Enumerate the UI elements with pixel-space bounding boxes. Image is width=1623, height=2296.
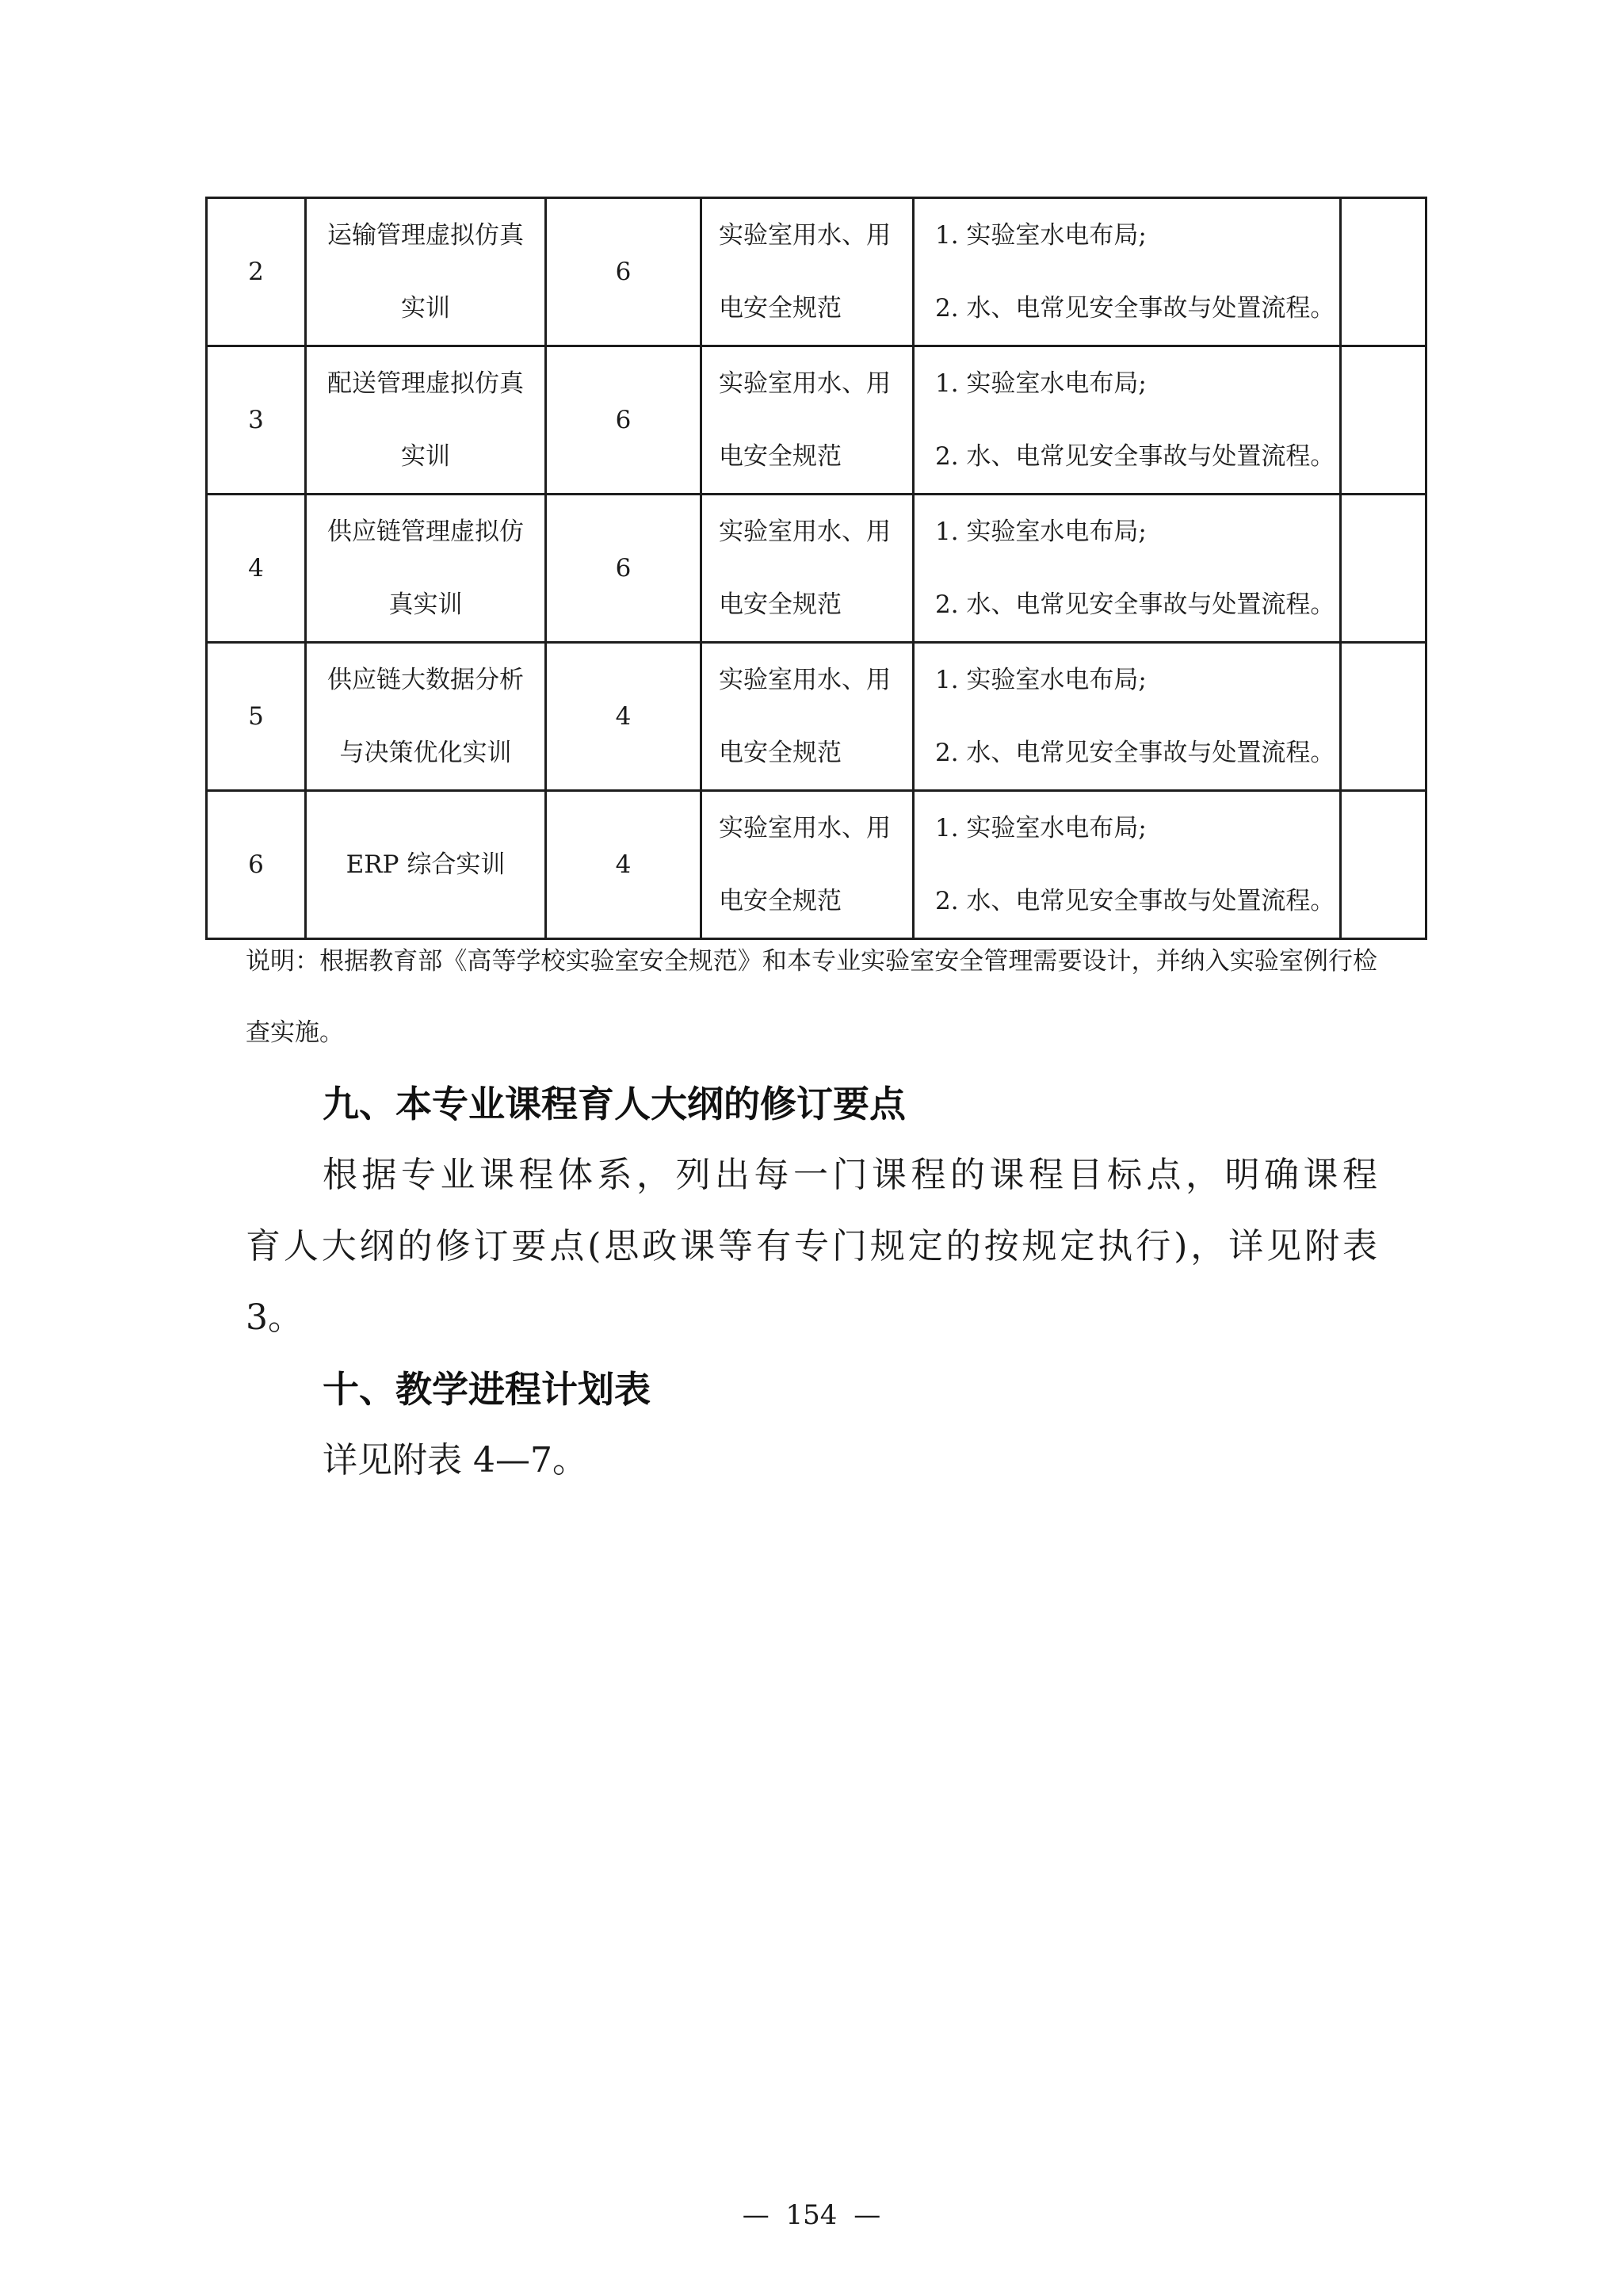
remark-cell [1341, 643, 1426, 791]
document-page: 2 运输管理虚拟仿真实训 6 实验室用水、用电安全规范 1. 实验室水电布局;2… [0, 0, 1623, 2296]
safety-points-cell: 1. 实验室水电布局;2. 水、电常见安全事故与处置流程。 [914, 643, 1341, 791]
table-row: 6 ERP 综合实训 4 实验室用水、用电安全规范 1. 实验室水电布局;2. … [207, 791, 1426, 939]
section10-heading: 十、教学进程计划表 [246, 1354, 1377, 1425]
safety-spec-cell: 实验室用水、用电安全规范 [701, 643, 914, 791]
serial-number: 6 [208, 828, 304, 901]
table-row: 3 配送管理虚拟仿真实训 6 实验室用水、用电安全规范 1. 实验室水电布局;2… [207, 346, 1426, 495]
table-row: 2 运输管理虚拟仿真实训 6 实验室用水、用电安全规范 1. 实验室水电布局;2… [207, 198, 1426, 346]
serial-number: 4 [208, 532, 304, 605]
serial-cell: 6 [207, 791, 306, 939]
serial-cell: 4 [207, 495, 306, 643]
page-number: — 154 — [0, 2198, 1623, 2233]
safety-spec-cell: 实验室用水、用电安全规范 [701, 198, 914, 346]
content-flow: 说明：根据教育部《高等学校实验室安全规范》和本专业实验室安全管理需要设计，并纳入… [246, 926, 1377, 1496]
table-row: 5 供应链大数据分析与决策优化实训 4 实验室用水、用电安全规范 1. 实验室水… [207, 643, 1426, 791]
serial-number: 3 [208, 384, 304, 457]
course-name-cell: 供应链大数据分析与决策优化实训 [306, 643, 546, 791]
safety-spec-cell: 实验室用水、用电安全规范 [701, 495, 914, 643]
remark-cell [1341, 495, 1426, 643]
serial-cell: 5 [207, 643, 306, 791]
section9-paragraph-line3: 3。 [246, 1282, 1377, 1354]
serial-cell: 2 [207, 198, 306, 346]
course-name-cell: 配送管理虚拟仿真实训 [306, 346, 546, 495]
serial-cell: 3 [207, 346, 306, 495]
hours-cell: 6 [546, 198, 701, 346]
safety-spec-cell: 实验室用水、用电安全规范 [701, 791, 914, 939]
course-name-cell: 供应链管理虚拟仿真实训 [306, 495, 546, 643]
section9-paragraph-line2: 育人大纲的修订要点(思政课等有专门规定的按规定执行)，详见附表 [246, 1211, 1377, 1282]
remark-cell [1341, 198, 1426, 346]
table-note-line1: 说明：根据教育部《高等学校实验室安全规范》和本专业实验室安全管理需要设计，并纳入… [246, 926, 1377, 997]
safety-points-cell: 1. 实验室水电布局;2. 水、电常见安全事故与处置流程。 [914, 198, 1341, 346]
safety-points-cell: 1. 实验室水电布局;2. 水、电常见安全事故与处置流程。 [914, 495, 1341, 643]
table-row: 4 供应链管理虚拟仿真实训 6 实验室用水、用电安全规范 1. 实验室水电布局;… [207, 495, 1426, 643]
hours-cell: 6 [546, 346, 701, 495]
hours-cell: 4 [546, 643, 701, 791]
remark-cell [1341, 791, 1426, 939]
safety-points-cell: 1. 实验室水电布局;2. 水、电常见安全事故与处置流程。 [914, 346, 1341, 495]
safety-spec-cell: 实验室用水、用电安全规范 [701, 346, 914, 495]
serial-number: 5 [208, 680, 304, 753]
course-name-cell: ERP 综合实训 [306, 791, 546, 939]
serial-number: 2 [208, 235, 304, 308]
remark-cell [1341, 346, 1426, 495]
section9-paragraph-line1: 根据专业课程体系，列出每一门课程的课程目标点，明确课程 [246, 1140, 1377, 1211]
hours-cell: 6 [546, 495, 701, 643]
table-note-line2: 查实施。 [246, 997, 1377, 1068]
safety-points-cell: 1. 实验室水电布局;2. 水、电常见安全事故与处置流程。 [914, 791, 1341, 939]
section10-paragraph-line1: 详见附表 4—7。 [246, 1425, 1377, 1496]
course-name-cell: 运输管理虚拟仿真实训 [306, 198, 546, 346]
hours-cell: 4 [546, 791, 701, 939]
section9-heading: 九、本专业课程育人大纲的修订要点 [246, 1068, 1377, 1140]
lab-safety-training-table: 2 运输管理虚拟仿真实训 6 实验室用水、用电安全规范 1. 实验室水电布局;2… [205, 197, 1427, 940]
